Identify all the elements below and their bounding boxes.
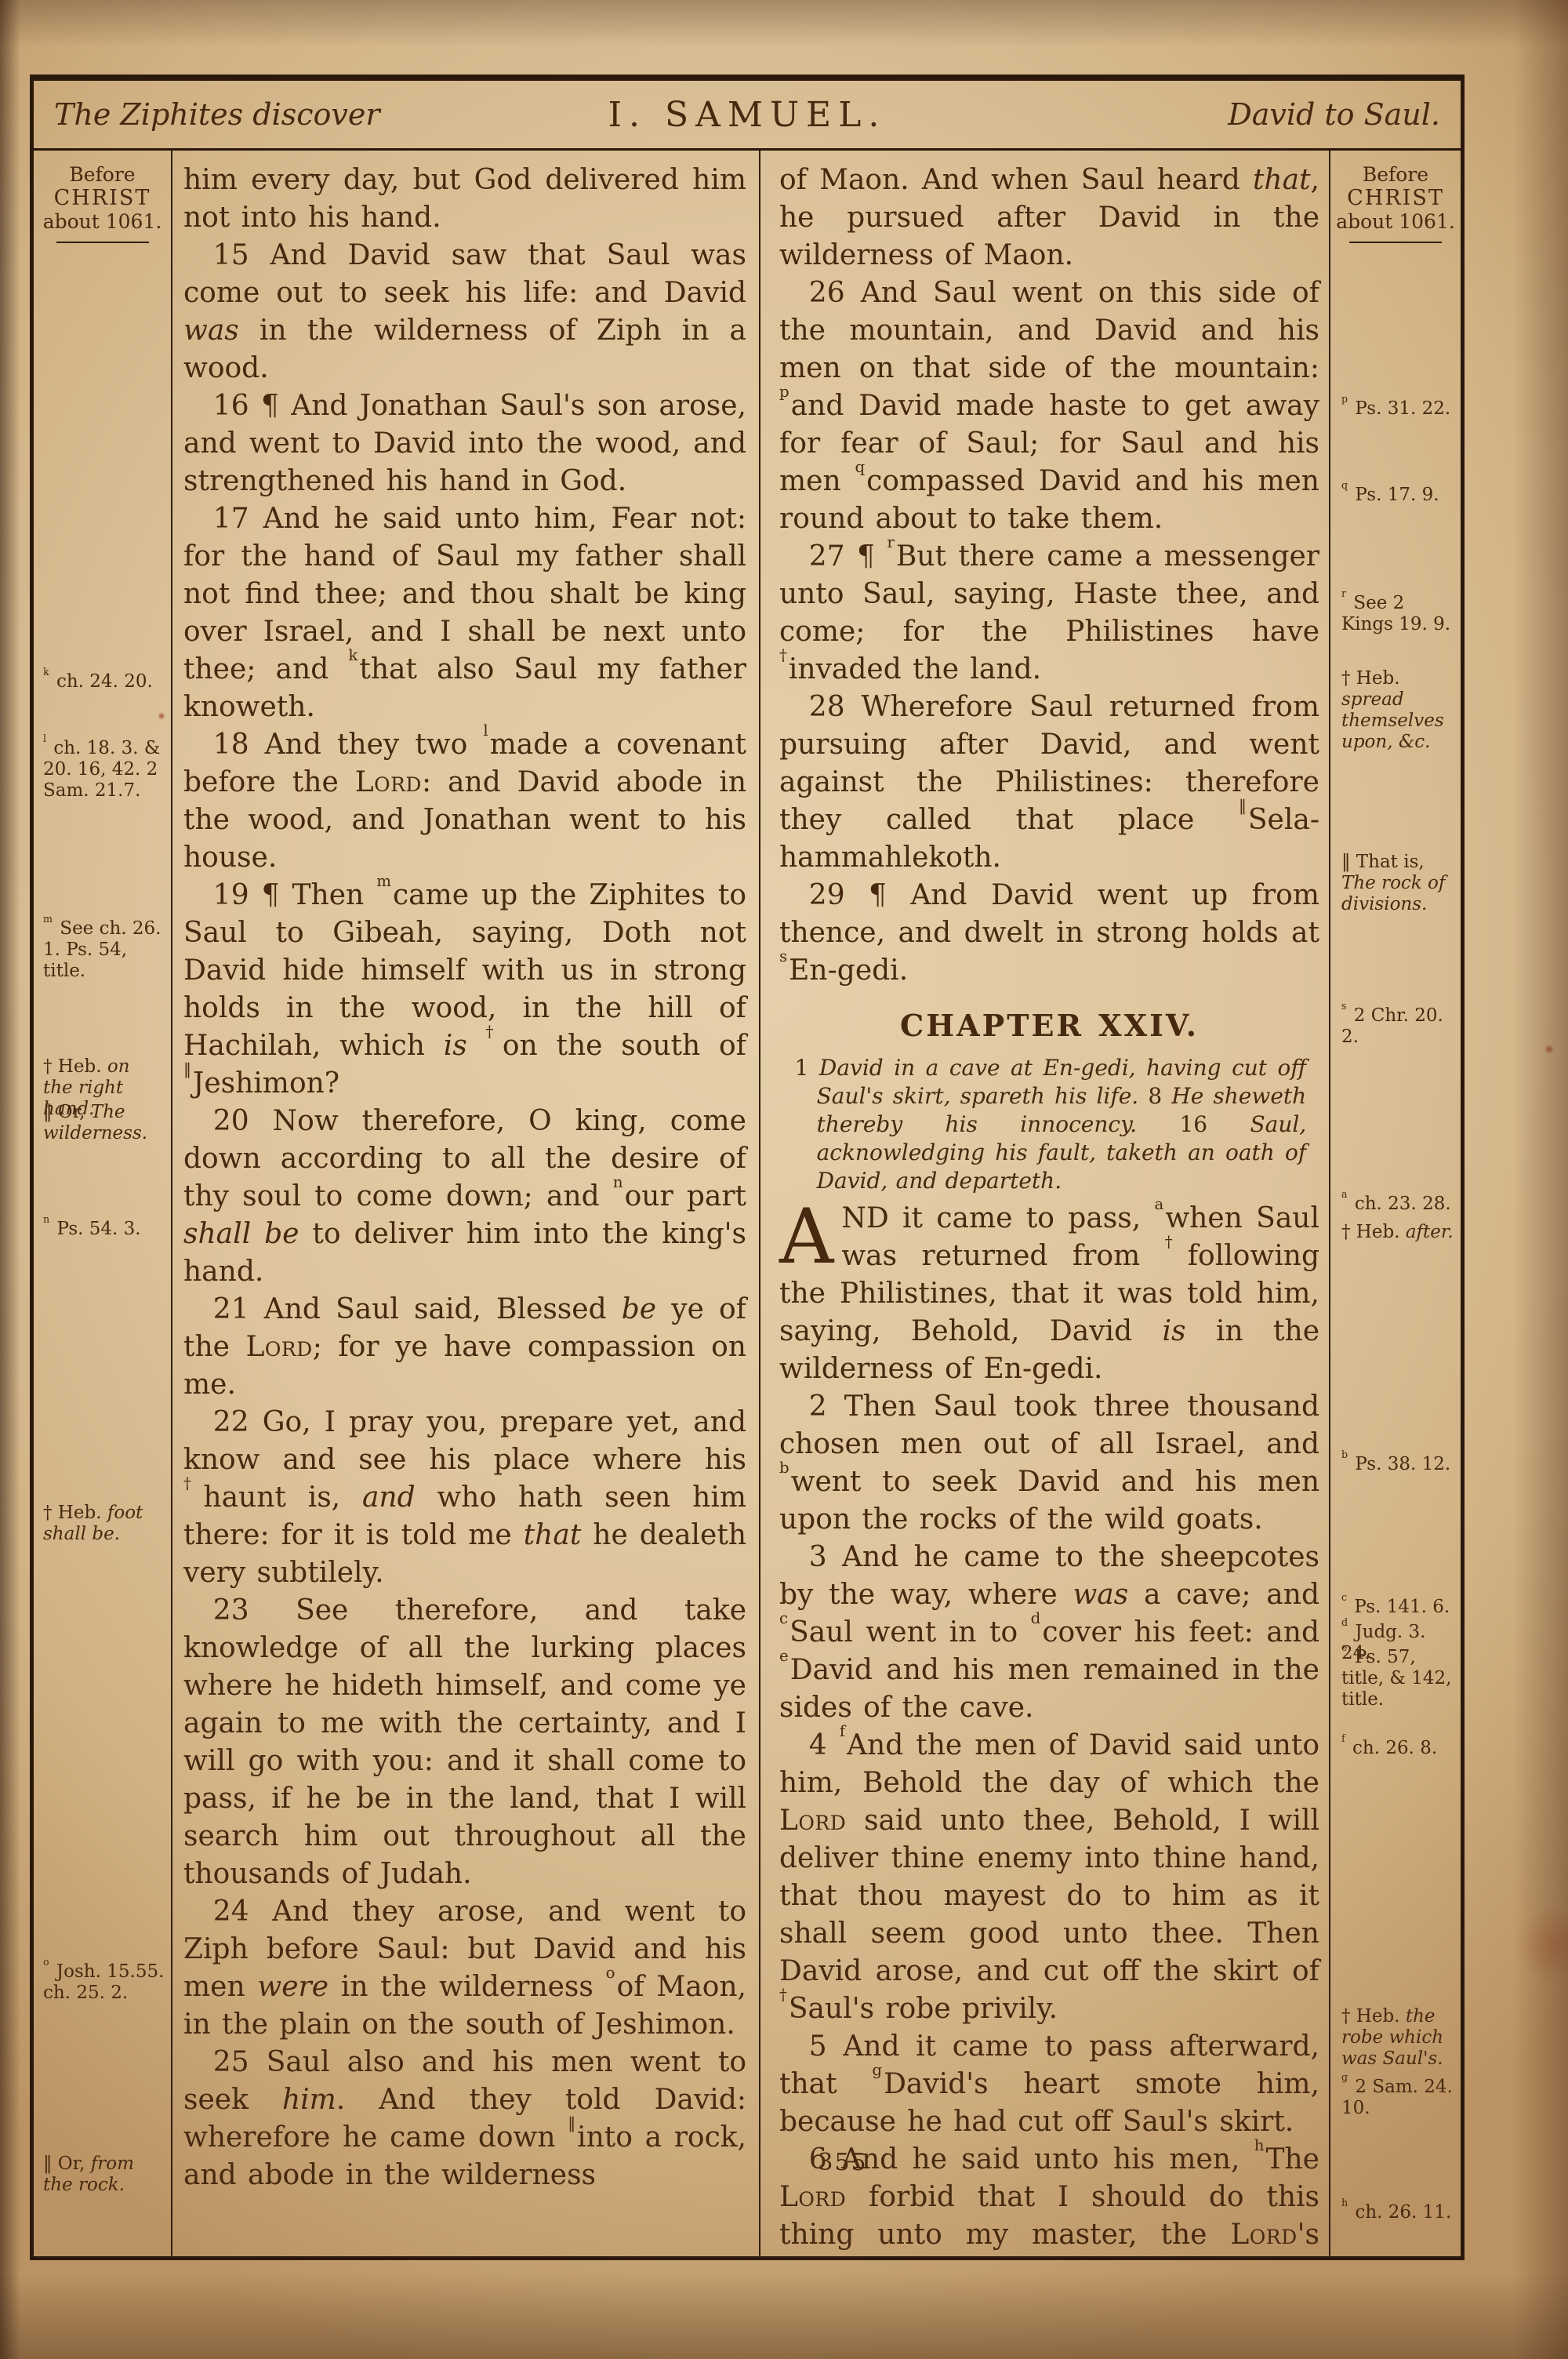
verse-paragraph: 28 Wherefore Saul returned from pursuing… bbox=[779, 689, 1319, 877]
verse-paragraph: 25 Saul also and his men went to seek hi… bbox=[183, 2044, 746, 2194]
reference-mark: f bbox=[1341, 1732, 1345, 1744]
page-frame: The Ziphites discover I. SAMUEL. David t… bbox=[30, 75, 1465, 2260]
verse-paragraph: 4 fAnd the men of David said unto him, B… bbox=[779, 1727, 1319, 2028]
verse-paragraph: 29 ¶ And David went up from thence, and … bbox=[779, 877, 1319, 990]
verse-paragraph: 27 ¶ rBut there came a messenger unto Sa… bbox=[779, 538, 1319, 689]
reference-mark: g bbox=[872, 2061, 882, 2079]
verse-paragraph: him every day, but God delivered him not… bbox=[183, 162, 746, 237]
margin-note: † Heb. after. bbox=[1341, 1222, 1456, 1243]
reference-mark: s bbox=[1341, 1000, 1347, 1012]
margin-note: k ch. 24. 20. bbox=[43, 671, 165, 692]
verse-paragraph: 17 And he said unto him, Fear not: for t… bbox=[183, 500, 746, 726]
reference-mark: p bbox=[1341, 393, 1348, 405]
margin-note: r See 2 Kings 19. 9. bbox=[1341, 593, 1456, 635]
margin-note: † Heb. the robe which was Saul's. bbox=[1341, 2006, 1456, 2070]
reference-mark: n bbox=[613, 1173, 623, 1191]
reference-mark: c bbox=[779, 1609, 788, 1627]
reference-mark: e bbox=[1341, 1641, 1347, 1653]
reference-mark: † bbox=[779, 1986, 787, 2004]
reference-mark: † bbox=[486, 1023, 501, 1041]
verse-paragraph: AND it came to pass, awhen Saul was retu… bbox=[779, 1200, 1319, 1388]
running-head-left: The Ziphites discover bbox=[54, 97, 585, 132]
main-column-2: of Maon. And when Saul heard that, he pu… bbox=[759, 151, 1329, 2257]
margin-note: b Ps. 38. 12. bbox=[1341, 1454, 1456, 1475]
left-margin-column: Before CHRIST about 1061. k ch. 24. 20.l… bbox=[34, 151, 172, 2257]
page-body: Before CHRIST about 1061. k ch. 24. 20.l… bbox=[34, 151, 1461, 2257]
reference-mark: ‖ bbox=[183, 1060, 191, 1078]
margin-note: o Josh. 15.55. ch. 25. 2. bbox=[43, 1961, 165, 2004]
margin-note: q Ps. 17. 9. bbox=[1341, 485, 1456, 506]
verse-paragraph: of Maon. And when Saul heard that, he pu… bbox=[779, 162, 1319, 274]
verse-paragraph: 24 And they arose, and went to Ziph befo… bbox=[183, 1893, 746, 2044]
reference-mark: k bbox=[348, 646, 358, 664]
reference-mark: m bbox=[43, 913, 53, 925]
reference-mark: p bbox=[779, 383, 789, 401]
bc-line: Before bbox=[34, 163, 171, 187]
divider bbox=[1349, 242, 1442, 243]
reference-mark: q bbox=[1341, 479, 1348, 491]
verse-paragraph: 18 And they two lmade a covenant before … bbox=[183, 726, 746, 877]
chapter-heading: CHAPTER XXIV. bbox=[779, 1007, 1319, 1045]
reference-mark: b bbox=[1341, 1448, 1348, 1460]
verse-paragraph: 22 Go, I pray you, prepare yet, and know… bbox=[183, 1404, 746, 1592]
running-head-right: David to Saul. bbox=[909, 97, 1440, 132]
chapter-summary: 1 David in a cave at En-gedi, having cut… bbox=[779, 1054, 1319, 1200]
reference-mark: r bbox=[1341, 587, 1346, 599]
reference-mark: d bbox=[1341, 1616, 1348, 1628]
reference-mark: † bbox=[1165, 1233, 1186, 1251]
reference-mark: d bbox=[1031, 1609, 1041, 1627]
bc-line: about 1061. bbox=[1330, 210, 1461, 234]
page-header: The Ziphites discover I. SAMUEL. David t… bbox=[34, 81, 1461, 151]
reference-mark: s bbox=[779, 947, 787, 965]
margin-note: ‖ Or, The wilderness. bbox=[43, 1102, 165, 1144]
margin-note: † Heb. foot shall be. bbox=[43, 1503, 165, 1545]
reference-mark: † bbox=[779, 646, 787, 664]
reference-mark: f bbox=[840, 1722, 845, 1740]
verse-paragraph: 21 And Saul said, Blessed be ye of the L… bbox=[183, 1291, 746, 1404]
margin-note: e Ps. 57, title, & 142, title. bbox=[1341, 1647, 1456, 1710]
reference-mark: a bbox=[1155, 1195, 1164, 1213]
margin-note: p Ps. 31. 22. bbox=[1341, 398, 1456, 420]
reference-mark: q bbox=[855, 458, 865, 476]
verse-paragraph: 5 And it came to pass afterward, that gD… bbox=[779, 2028, 1319, 2141]
scanned-bible-page: The Ziphites discover I. SAMUEL. David t… bbox=[0, 0, 1568, 2359]
verse-paragraph: 2 Then Saul took three thousand chosen m… bbox=[779, 1388, 1319, 1539]
reference-mark: b bbox=[779, 1459, 789, 1477]
book-title: I. SAMUEL. bbox=[585, 95, 910, 135]
reference-mark: e bbox=[779, 1647, 789, 1665]
right-margin-column: Before CHRIST about 1061. p Ps. 31. 22.q… bbox=[1329, 151, 1461, 2257]
before-christ-heading-right: Before CHRIST about 1061. bbox=[1330, 151, 1461, 243]
reference-mark: o bbox=[43, 1956, 49, 1968]
drop-cap: A bbox=[779, 1200, 841, 1267]
margin-note: c Ps. 141. 6. bbox=[1341, 1597, 1456, 1618]
verse-paragraph: 20 Now therefore, O king, come down acco… bbox=[183, 1103, 746, 1291]
bc-line: CHRIST bbox=[1330, 187, 1461, 210]
margin-note: h ch. 26. 11. bbox=[1341, 2202, 1456, 2223]
reference-mark: c bbox=[1341, 1591, 1347, 1603]
page-number: 355 bbox=[818, 2149, 867, 2176]
margin-note: f ch. 26. 8. bbox=[1341, 1738, 1456, 1759]
reference-mark: h bbox=[1341, 2197, 1348, 2208]
reference-mark: a bbox=[1341, 1188, 1348, 1200]
before-christ-heading-left: Before CHRIST about 1061. bbox=[34, 151, 171, 243]
verse-paragraph: 15 And David saw that Saul was come out … bbox=[183, 237, 746, 387]
margin-note: † Heb. spread themselves upon, &c. bbox=[1341, 668, 1456, 753]
verse-paragraph: 26 And Saul went on this side of the mou… bbox=[779, 274, 1319, 538]
divider bbox=[56, 242, 149, 243]
margin-note: s 2 Chr. 20. 2. bbox=[1341, 1005, 1456, 1048]
margin-note: g 2 Sam. 24. 10. bbox=[1341, 2077, 1456, 2119]
reference-mark: r bbox=[887, 533, 894, 551]
reference-mark: o bbox=[606, 1964, 615, 1982]
margin-note: l ch. 18. 3. & 20. 16, 42. 2 Sam. 21.7. bbox=[43, 738, 165, 801]
reference-mark: n bbox=[43, 1213, 49, 1225]
reference-mark: l bbox=[483, 722, 488, 740]
verse-paragraph: 3 And he came to the sheepcotes by the w… bbox=[779, 1539, 1319, 1727]
main-column-1: him every day, but God delivered him not… bbox=[172, 151, 759, 2257]
reference-mark: ‖ bbox=[1239, 797, 1247, 815]
reference-mark: ‖ bbox=[568, 2114, 575, 2132]
reference-mark: k bbox=[43, 666, 49, 678]
margin-note: ‖ That is, The rock of divisions. bbox=[1341, 852, 1456, 915]
reference-mark: l bbox=[43, 732, 46, 744]
margin-note: ‖ Or, from the rock. bbox=[43, 2154, 165, 2196]
margin-note: n Ps. 54. 3. bbox=[43, 1219, 165, 1240]
verse-paragraph: 16 ¶ And Jonathan Saul's son arose, and … bbox=[183, 387, 746, 500]
verse-paragraph: 19 ¶ Then mcame up the Ziphites to Saul … bbox=[183, 877, 746, 1103]
bc-line: CHRIST bbox=[34, 187, 171, 210]
reference-mark: m bbox=[376, 872, 391, 890]
margin-note: a ch. 23. 28. bbox=[1341, 1194, 1456, 1215]
bc-line: about 1061. bbox=[34, 210, 171, 234]
reference-mark: g bbox=[1341, 2071, 1348, 2083]
bc-line: Before bbox=[1330, 163, 1461, 187]
reference-mark: h bbox=[1254, 2136, 1265, 2154]
reference-mark: † bbox=[183, 1474, 201, 1492]
margin-note: m See ch. 26. 1. Ps. 54, title. bbox=[43, 918, 165, 982]
verse-paragraph: 23 See therefore, and take knowledge of … bbox=[183, 1592, 746, 1893]
